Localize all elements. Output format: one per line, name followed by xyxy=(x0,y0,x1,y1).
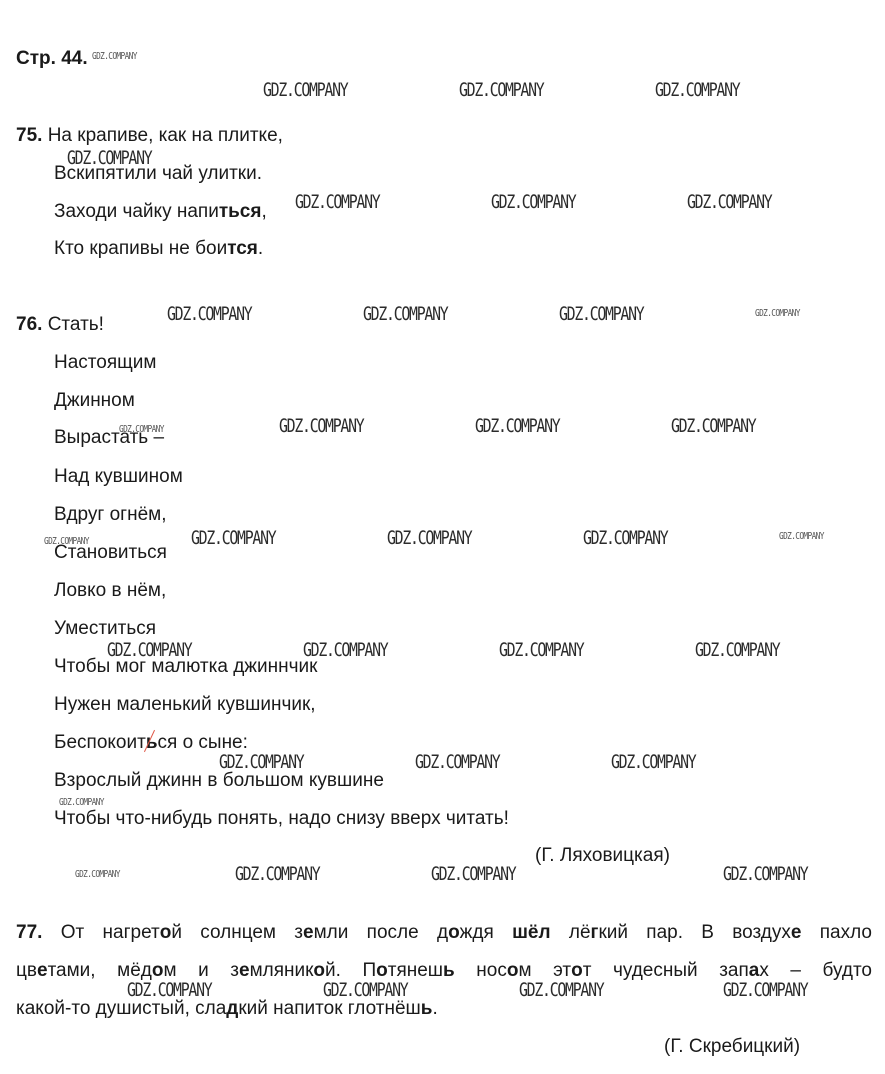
watermark: GDZ.COMPANY xyxy=(491,192,575,212)
watermark: GDZ.COMPANY xyxy=(723,980,807,1000)
watermark: GDZ.COMPANY xyxy=(583,528,667,548)
watermark: GDZ.COMPANY xyxy=(459,80,543,100)
watermark: GDZ.COMPANY xyxy=(119,420,164,440)
watermark: GDZ.COMPANY xyxy=(67,148,151,168)
watermark: GDZ.COMPANY xyxy=(59,793,104,813)
watermark: GDZ.COMPANY xyxy=(611,752,695,772)
attribution: (Г. Скребицкий) xyxy=(664,1036,800,1058)
watermark: GDZ.COMPANY xyxy=(363,304,447,324)
page-number-heading: Стр. 44. xyxy=(16,48,88,70)
watermark: GDZ.COMPANY xyxy=(415,752,499,772)
watermark: GDZ.COMPANY xyxy=(695,640,779,660)
attribution: (Г. Ляховицкая) xyxy=(535,845,670,867)
watermark: GDZ.COMPANY xyxy=(519,980,603,1000)
watermark: GDZ.COMPANY xyxy=(499,640,583,660)
watermark: GDZ.COMPANY xyxy=(779,527,824,547)
exercise-number: 75. xyxy=(16,125,42,146)
exercise-77-line-3: какой-то душистый, сладкий напиток глотн… xyxy=(16,998,438,1020)
watermark: GDZ.COMPANY xyxy=(279,416,363,436)
watermark: GDZ.COMPANY xyxy=(191,528,275,548)
exercise-76-line-1: 76. Стать! xyxy=(16,314,104,336)
watermark: GDZ.COMPANY xyxy=(235,864,319,884)
watermark: GDZ.COMPANY xyxy=(723,864,807,884)
watermark: GDZ.COMPANY xyxy=(263,80,347,100)
watermark: GDZ.COMPANY xyxy=(219,752,303,772)
poem-line: Чтобы что-нибудь понять, надо снизу ввер… xyxy=(54,808,509,830)
watermark: GDZ.COMPANY xyxy=(323,980,407,1000)
watermark: GDZ.COMPANY xyxy=(655,80,739,100)
poem-line: Нужен маленький кувшинчик, xyxy=(54,694,316,716)
watermark: GDZ.COMPANY xyxy=(303,640,387,660)
exercise-75-line-4: Кто крапивы не боится. xyxy=(54,238,263,260)
correction-mark: ь xyxy=(146,732,158,754)
watermark: GDZ.COMPANY xyxy=(755,304,800,324)
watermark: GDZ.COMPANY xyxy=(167,304,251,324)
exercise-75-line-1: 75. На крапиве, как на плитке, xyxy=(16,125,283,147)
watermark: GDZ.COMPANY xyxy=(107,640,191,660)
exercise-number: 76. xyxy=(16,314,42,335)
poem-line: Уместиться xyxy=(54,618,156,640)
poem-line: Взрослый джинн в большом кувшине xyxy=(54,770,384,792)
poem-line: Ловко в нём, xyxy=(54,580,166,602)
watermark: GDZ.COMPANY xyxy=(559,304,643,324)
watermark: GDZ.COMPANY xyxy=(671,416,755,436)
watermark: GDZ.COMPANY xyxy=(44,532,89,552)
watermark: GDZ.COMPANY xyxy=(75,865,120,885)
poem-line: Вдруг огнём, xyxy=(54,504,167,526)
poem-line: Над кувшином xyxy=(54,466,183,488)
watermark: GDZ.COMPANY xyxy=(431,864,515,884)
exercise-77-line-1: 77. От нагретой солнцем земли после дожд… xyxy=(16,922,872,944)
exercise-75-line-3: Заходи чайку напиться, xyxy=(54,201,267,223)
poem-line: Настоящим xyxy=(54,352,156,374)
watermark: GDZ.COMPANY xyxy=(295,192,379,212)
watermark: GDZ.COMPANY xyxy=(127,980,211,1000)
watermark: GDZ.COMPANY xyxy=(475,416,559,436)
poem-line: Джинном xyxy=(54,390,135,412)
watermark: GDZ.COMPANY xyxy=(92,47,137,67)
watermark: GDZ.COMPANY xyxy=(387,528,471,548)
watermark: GDZ.COMPANY xyxy=(687,192,771,212)
